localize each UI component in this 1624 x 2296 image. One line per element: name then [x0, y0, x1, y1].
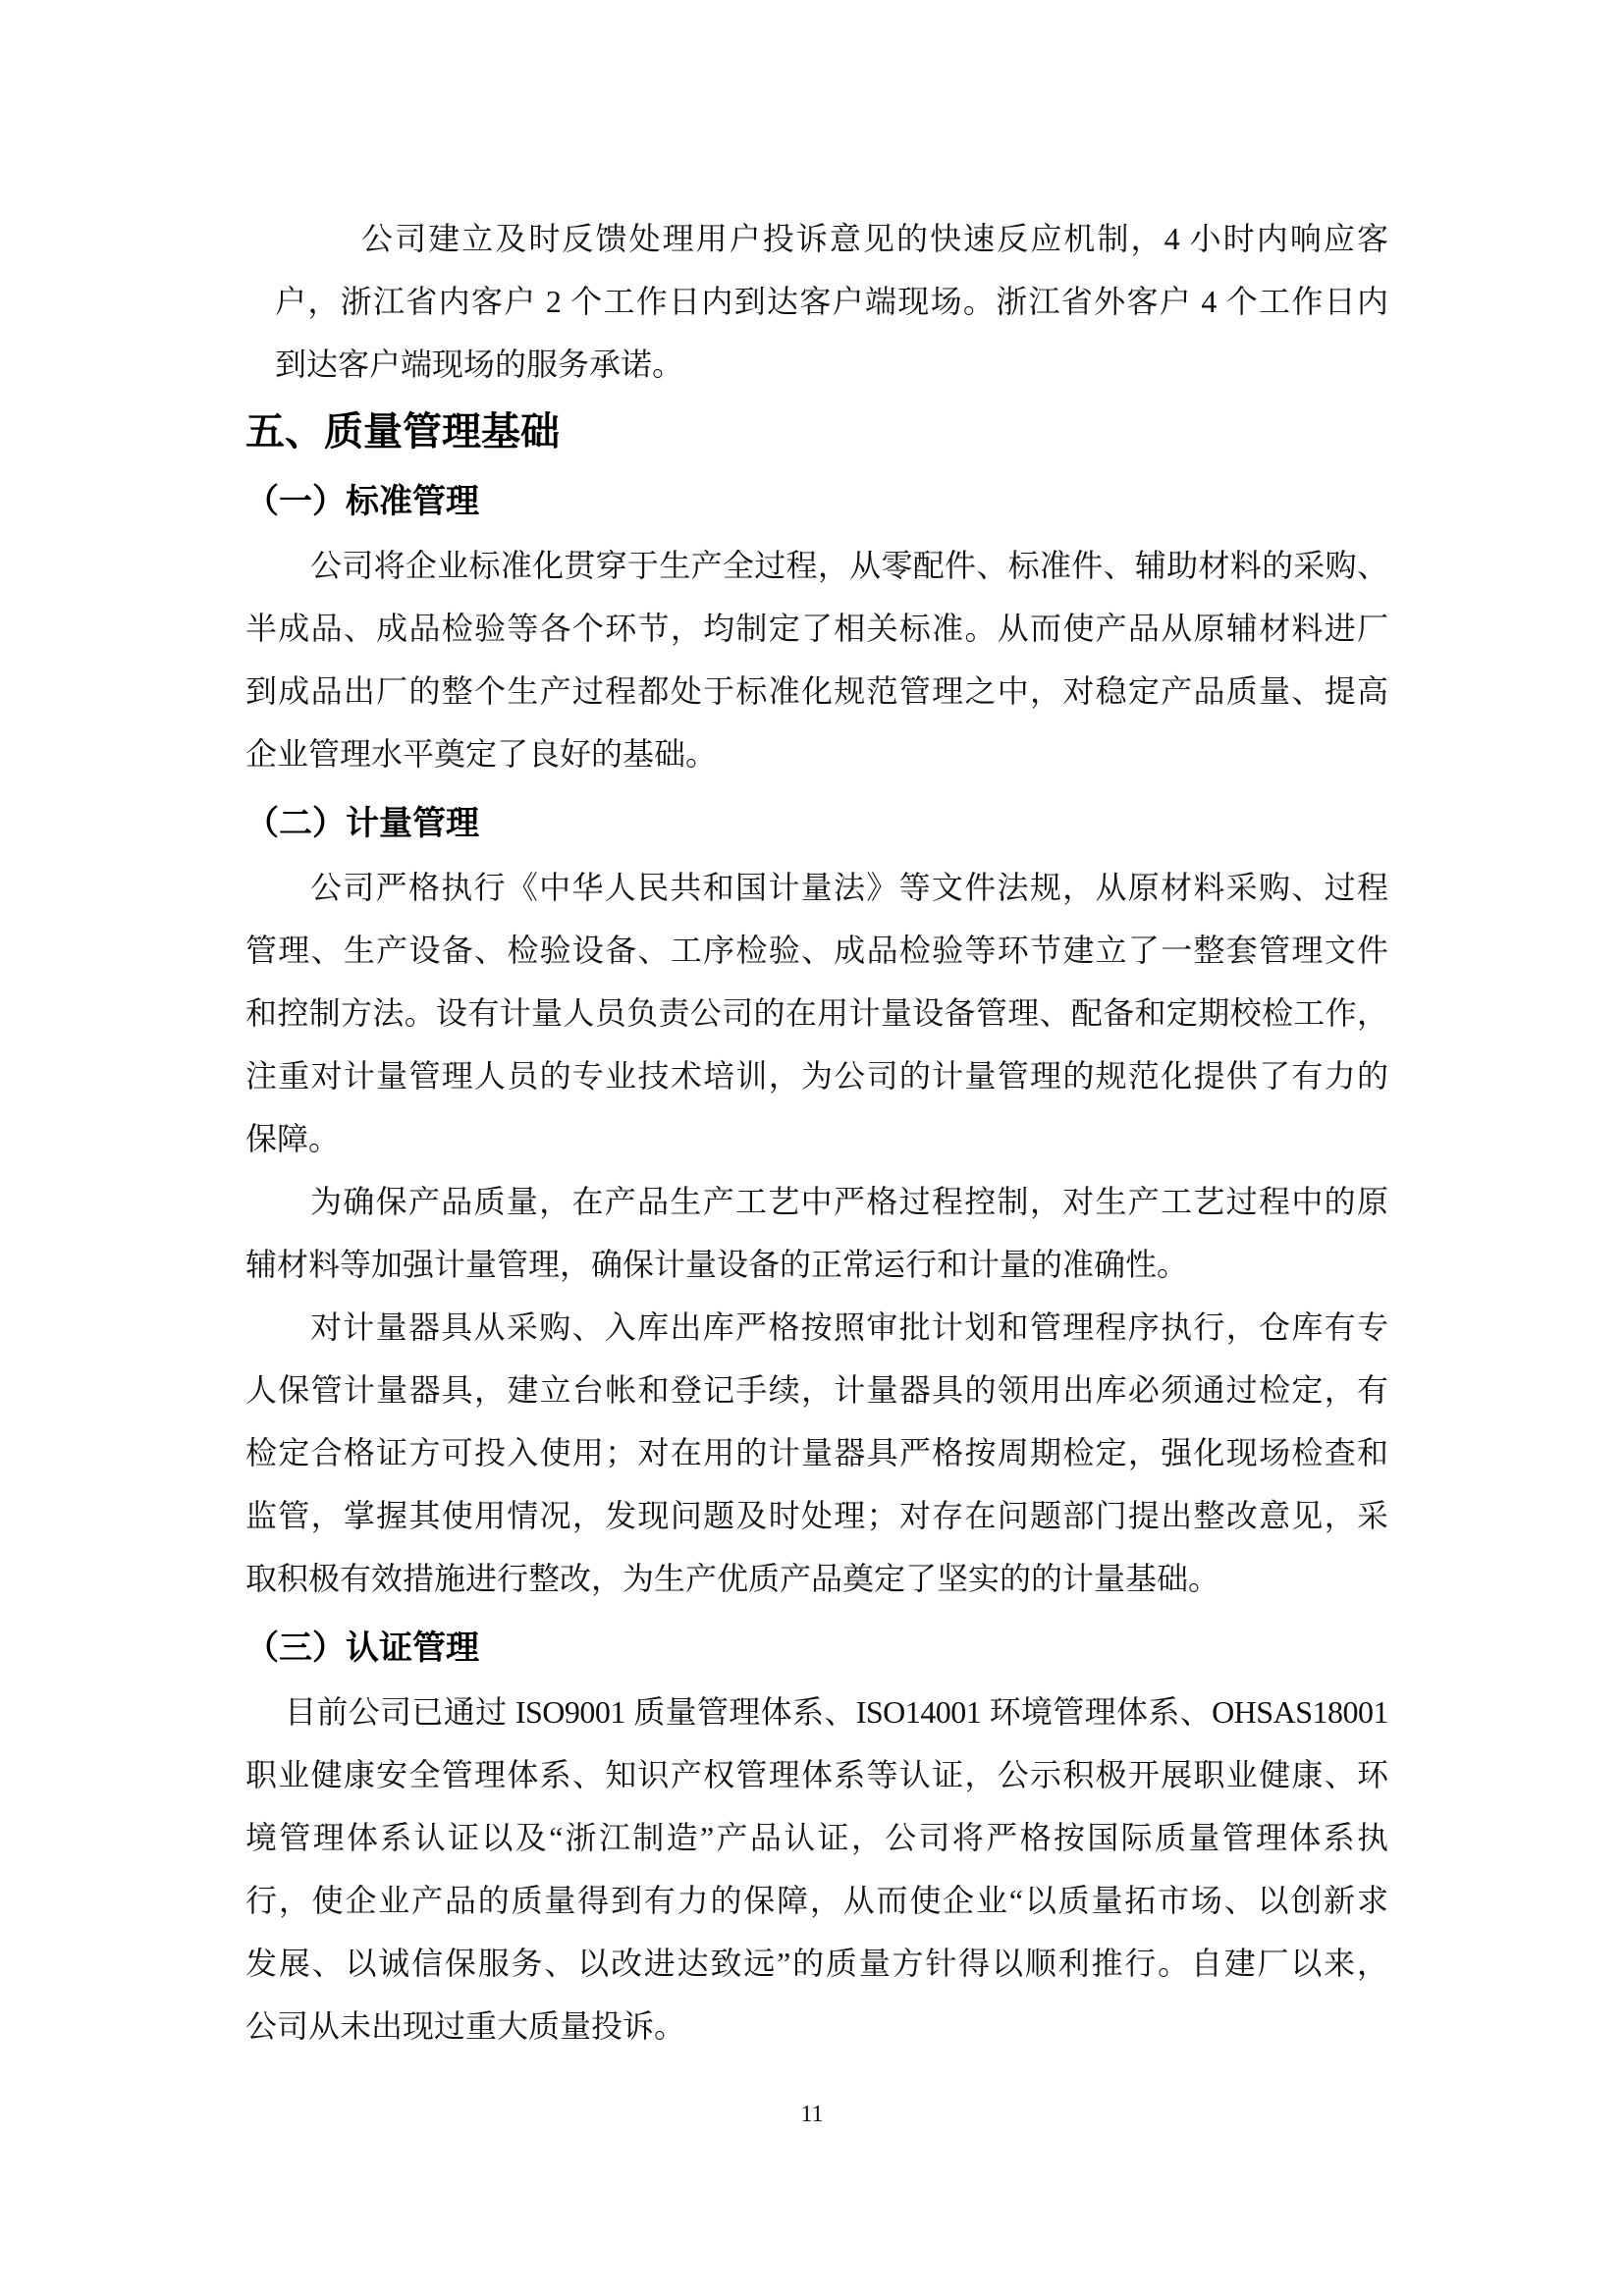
text-line: 监管，掌握其使用情况，发现问题及时处理；对存在问题部门提出整改意见，采	[245, 1484, 1388, 1547]
text-line: 职业健康安全管理体系、知识产权管理体系等认证，公示积极开展职业健康、环	[245, 1743, 1388, 1806]
page-content: 公司建立及时反馈处理用户投诉意见的快速反应机制，4 小时内响应客户，浙江省内客户…	[245, 207, 1388, 2057]
text-line: 管理、生产设备、检验设备、工序检验、成品检验等环节建立了一整套管理文件	[245, 919, 1388, 982]
subsection-heading-certification: （三）认证管理	[245, 1618, 1388, 1681]
text-line: 户，浙江省内客户 2 个工作日内到达客户端现场。浙江省外客户 4 个工作日内	[275, 270, 1388, 333]
section-heading: 五、质量管理基础	[245, 400, 1388, 463]
text-line: 取积极有效措施进行整改，为生产优质产品奠定了坚实的的计量基础。	[245, 1547, 1388, 1610]
text-line: 公司严格执行《中华人民共和国计量法》等文件法规，从原材料采购、过程	[245, 856, 1388, 919]
text-line: 到成品出厂的整个生产过程都处于标准化规范管理之中，对稳定产品质量、提高	[245, 660, 1388, 722]
text-line: 注重对计量管理人员的专业技术培训，为公司的计量管理的规范化提供了有力的	[245, 1044, 1388, 1107]
text-line: 公司建立及时反馈处理用户投诉意见的快速反应机制，4 小时内响应客	[275, 207, 1388, 270]
text-line: 企业管理水平奠定了良好的基础。	[245, 722, 1388, 785]
text-line: 半成品、成品检验等各个环节，均制定了相关标准。从而使产品从原辅材料进厂	[245, 597, 1388, 660]
paragraph-certification: 目前公司已通过 ISO9001 质量管理体系、ISO14001 环境管理体系、O…	[245, 1681, 1388, 2057]
text-line: 公司从未出现过重大质量投诉。	[245, 1995, 1388, 2057]
text-line: 检定合格证方可投入使用；对在用的计量器具严格按周期检定，强化现场检查和	[245, 1421, 1388, 1484]
paragraph-metrology-2: 为确保产品质量，在产品生产工艺中严格过程控制，对生产工艺过程中的原辅材料等加强计…	[245, 1170, 1388, 1296]
text-line: 和控制方法。设有计量人员负责公司的在用计量设备管理、配备和定期校检工作，	[245, 982, 1388, 1044]
intro-paragraph: 公司建立及时反馈处理用户投诉意见的快速反应机制，4 小时内响应客户，浙江省内客户…	[275, 207, 1388, 396]
text-line: 目前公司已通过 ISO9001 质量管理体系、ISO14001 环境管理体系、O…	[245, 1681, 1388, 1743]
document-page: 公司建立及时反馈处理用户投诉意见的快速反应机制，4 小时内响应客户，浙江省内客户…	[0, 0, 1624, 2296]
text-line: 行，使企业产品的质量得到有力的保障，从而使企业“以质量拓市场、以创新求	[245, 1869, 1388, 1932]
paragraph-standards: 公司将企业标准化贯穿于生产全过程，从零配件、标准件、辅助材料的采购、半成品、成品…	[245, 534, 1388, 785]
text-line: 对计量器具从采购、入库出库严格按照审批计划和管理程序执行，仓库有专	[245, 1296, 1388, 1359]
text-line: 公司将企业标准化贯穿于生产全过程，从零配件、标准件、辅助材料的采购、	[245, 534, 1388, 597]
page-number: 11	[0, 2100, 1624, 2129]
text-line: 保障。	[245, 1107, 1388, 1170]
text-line: 境管理体系认证以及“浙江制造”产品认证，公司将严格按国际质量管理体系执	[245, 1806, 1388, 1869]
text-line: 到达客户端现场的服务承诺。	[275, 333, 1388, 396]
subsection-heading-metrology: （二）计量管理	[245, 793, 1388, 856]
text-line: 人保管计量器具，建立台帐和登记手续，计量器具的领用出库必须通过检定，有	[245, 1359, 1388, 1421]
text-line: 为确保产品质量，在产品生产工艺中严格过程控制，对生产工艺过程中的原	[245, 1170, 1388, 1233]
paragraph-metrology-1: 公司严格执行《中华人民共和国计量法》等文件法规，从原材料采购、过程管理、生产设备…	[245, 856, 1388, 1170]
text-line: 辅材料等加强计量管理，确保计量设备的正常运行和计量的准确性。	[245, 1233, 1388, 1296]
paragraph-metrology-3: 对计量器具从采购、入库出库严格按照审批计划和管理程序执行，仓库有专人保管计量器具…	[245, 1296, 1388, 1610]
text-line: 发展、以诚信保服务、以改进达致远”的质量方针得以顺利推行。自建厂以来，	[245, 1932, 1388, 1995]
subsection-heading-standards: （一）标准管理	[245, 471, 1388, 534]
